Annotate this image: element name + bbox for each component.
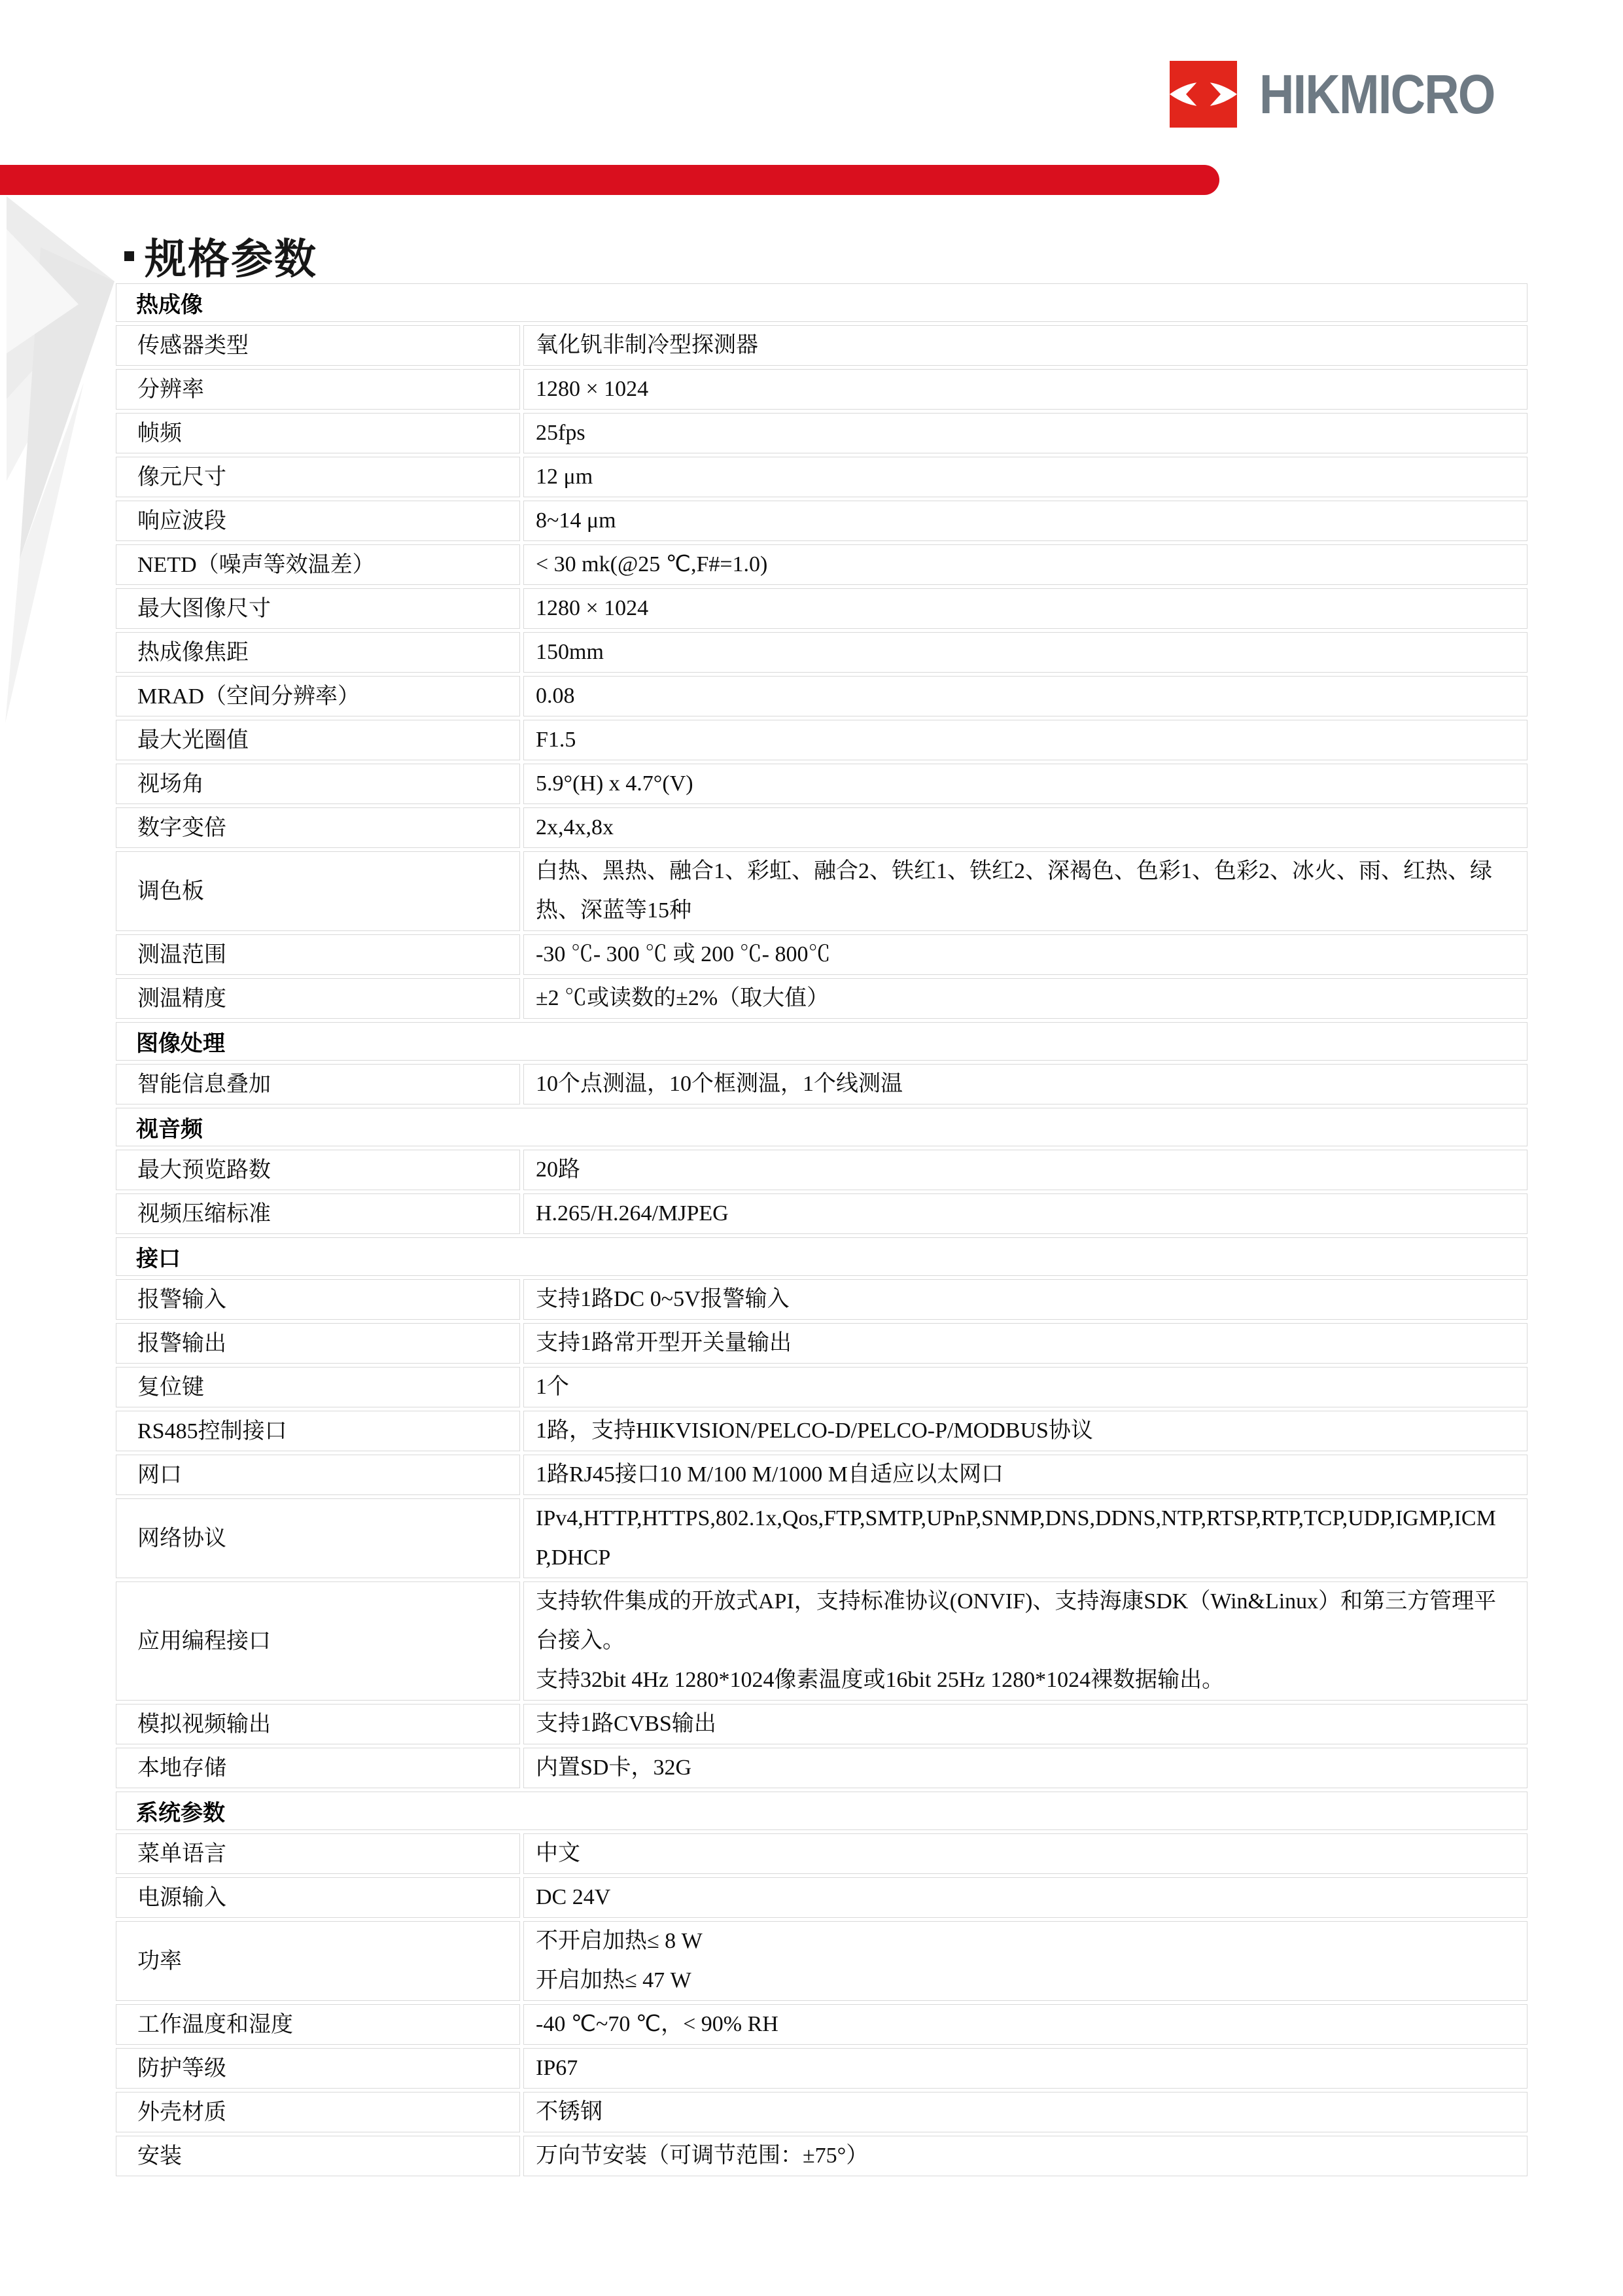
row-label: 网口 [116, 1455, 520, 1495]
row-label: 功率 [116, 1921, 520, 2001]
table-row: 测温范围-30 ℃- 300 ℃ 或 200 ℃- 800℃ [116, 934, 1527, 975]
row-label: 工作温度和湿度 [116, 2004, 520, 2045]
row-label: 应用编程接口 [116, 1581, 520, 1701]
table-row: 本地存储内置SD卡，32G [116, 1748, 1527, 1788]
row-value: 万向节安装（可调节范围：±75°） [523, 2136, 1527, 2176]
row-value: 1路，支持HIKVISION/PELCO-D/PELCO-P/MODBUS协议 [523, 1411, 1527, 1451]
table-row: 热成像焦距150mm [116, 632, 1527, 673]
row-value: IP67 [523, 2048, 1527, 2089]
table-row: 复位键1个 [116, 1367, 1527, 1407]
row-value: 支持软件集成的开放式API，支持标准协议(ONVIF)、支持海康SDK（Win&… [523, 1581, 1527, 1701]
row-label: 视场角 [116, 764, 520, 804]
row-label: 传感器类型 [116, 325, 520, 366]
table-row: 报警输入支持1路DC 0~5V报警输入 [116, 1279, 1527, 1320]
row-value: < 30 mk(@25 ℃,F#=1.0) [523, 544, 1527, 585]
section-row: 图像处理 [116, 1022, 1527, 1061]
row-label: 复位键 [116, 1367, 520, 1407]
title-bullet-icon [124, 251, 134, 261]
row-value: 不开启加热≤ 8 W 开启加热≤ 47 W [523, 1921, 1527, 2001]
table-row: 报警输出支持1路常开型开关量输出 [116, 1323, 1527, 1364]
page-title: 规格参数 [124, 226, 317, 286]
table-row: 最大图像尺寸1280 × 1024 [116, 588, 1527, 629]
table-row: 电源输入DC 24V [116, 1877, 1527, 1918]
row-label: 帧频 [116, 413, 520, 453]
table-row: 功率不开启加热≤ 8 W 开启加热≤ 47 W [116, 1921, 1527, 2001]
table-row: 智能信息叠加10个点测温，10个框测温，1个线测温 [116, 1064, 1527, 1104]
row-value: 中文 [523, 1833, 1527, 1874]
row-value: 白热、黑热、融合1、彩虹、融合2、铁红1、铁红2、深褐色、色彩1、色彩2、冰火、… [523, 851, 1527, 931]
datasheet-page: HIKMICRO 规格参数 热成像传感器类型氧化钒非制冷型探测器分辨率1280 … [0, 0, 1623, 2296]
row-value: ±2 ℃或读数的±2%（取大值） [523, 978, 1527, 1019]
section-header: 系统参数 [116, 1792, 1527, 1830]
row-label: RS485控制接口 [116, 1411, 520, 1451]
row-label: 最大图像尺寸 [116, 588, 520, 629]
row-label: 外壳材质 [116, 2092, 520, 2132]
row-value: 氧化钒非制冷型探测器 [523, 325, 1527, 366]
row-value: 8~14 μm [523, 501, 1527, 541]
table-row: RS485控制接口1路，支持HIKVISION/PELCO-D/PELCO-P/… [116, 1411, 1527, 1451]
table-row: 调色板白热、黑热、融合1、彩虹、融合2、铁红1、铁红2、深褐色、色彩1、色彩2、… [116, 851, 1527, 931]
row-value: 支持1路常开型开关量输出 [523, 1323, 1527, 1364]
row-value: 支持1路DC 0~5V报警输入 [523, 1279, 1527, 1320]
section-row: 热成像 [116, 283, 1527, 322]
row-value: IPv4,HTTP,HTTPS,802.1x,Qos,FTP,SMTP,UPnP… [523, 1498, 1527, 1578]
table-row: 最大光圈值F1.5 [116, 720, 1527, 760]
row-label: 报警输入 [116, 1279, 520, 1320]
row-value: DC 24V [523, 1877, 1527, 1918]
row-value: 10个点测温，10个框测温，1个线测温 [523, 1064, 1527, 1104]
section-header: 视音频 [116, 1108, 1527, 1146]
table-row: 应用编程接口支持软件集成的开放式API，支持标准协议(ONVIF)、支持海康SD… [116, 1581, 1527, 1701]
spec-table: 热成像传感器类型氧化钒非制冷型探测器分辨率1280 × 1024帧频25fps像… [113, 280, 1531, 2180]
row-value: 5.9°(H) x 4.7°(V) [523, 764, 1527, 804]
table-row: 响应波段8~14 μm [116, 501, 1527, 541]
row-value: 20路 [523, 1150, 1527, 1190]
section-header: 图像处理 [116, 1022, 1527, 1061]
row-label: 分辨率 [116, 369, 520, 410]
row-value: 12 μm [523, 457, 1527, 497]
row-value: 1路RJ45接口10 M/100 M/1000 M自适应以太网口 [523, 1455, 1527, 1495]
section-header: 接口 [116, 1237, 1527, 1276]
table-row: NETD（噪声等效温差）< 30 mk(@25 ℃,F#=1.0) [116, 544, 1527, 585]
row-label: 智能信息叠加 [116, 1064, 520, 1104]
row-value: 0.08 [523, 676, 1527, 716]
section-row: 视音频 [116, 1108, 1527, 1146]
brand-wordmark: HIKMICRO [1259, 61, 1495, 128]
table-row: 数字变倍2x,4x,8x [116, 807, 1527, 848]
table-row: 安装万向节安装（可调节范围：±75°） [116, 2136, 1527, 2176]
row-value: 1280 × 1024 [523, 369, 1527, 410]
table-row: 外壳材质不锈钢 [116, 2092, 1527, 2132]
row-value: 不锈钢 [523, 2092, 1527, 2132]
row-label: 视频压缩标准 [116, 1193, 520, 1234]
page-title-text: 规格参数 [145, 226, 317, 286]
table-row: 最大预览路数20路 [116, 1150, 1527, 1190]
row-label: 模拟视频输出 [116, 1704, 520, 1744]
row-value: -40 ℃~70 ℃，< 90% RH [523, 2004, 1527, 2045]
row-label: MRAD（空间分辨率） [116, 676, 520, 716]
table-row: 防护等级IP67 [116, 2048, 1527, 2089]
row-label: 热成像焦距 [116, 632, 520, 673]
row-value: 1280 × 1024 [523, 588, 1527, 629]
table-row: 像元尺寸12 μm [116, 457, 1527, 497]
row-label: 测温范围 [116, 934, 520, 975]
hikmicro-eye-icon [1170, 61, 1237, 128]
section-row: 系统参数 [116, 1792, 1527, 1830]
table-row: MRAD（空间分辨率）0.08 [116, 676, 1527, 716]
table-row: 工作温度和湿度-40 ℃~70 ℃，< 90% RH [116, 2004, 1527, 2045]
row-label: 报警输出 [116, 1323, 520, 1364]
row-value: -30 ℃- 300 ℃ 或 200 ℃- 800℃ [523, 934, 1527, 975]
table-row: 网口1路RJ45接口10 M/100 M/1000 M自适应以太网口 [116, 1455, 1527, 1495]
table-row: 视场角5.9°(H) x 4.7°(V) [116, 764, 1527, 804]
table-row: 传感器类型氧化钒非制冷型探测器 [116, 325, 1527, 366]
row-value: 25fps [523, 413, 1527, 453]
table-row: 网络协议IPv4,HTTP,HTTPS,802.1x,Qos,FTP,SMTP,… [116, 1498, 1527, 1578]
table-row: 菜单语言中文 [116, 1833, 1527, 1874]
row-label: 测温精度 [116, 978, 520, 1019]
table-row: 帧频25fps [116, 413, 1527, 453]
row-value: H.265/H.264/MJPEG [523, 1193, 1527, 1234]
row-value: 150mm [523, 632, 1527, 673]
row-value: F1.5 [523, 720, 1527, 760]
row-label: 本地存储 [116, 1748, 520, 1788]
row-label: 响应波段 [116, 501, 520, 541]
row-label: 调色板 [116, 851, 520, 931]
row-value: 2x,4x,8x [523, 807, 1527, 848]
row-label: 安装 [116, 2136, 520, 2176]
row-label: NETD（噪声等效温差） [116, 544, 520, 585]
table-row: 测温精度±2 ℃或读数的±2%（取大值） [116, 978, 1527, 1019]
table-row: 模拟视频输出支持1路CVBS输出 [116, 1704, 1527, 1744]
row-label: 防护等级 [116, 2048, 520, 2089]
row-value: 内置SD卡，32G [523, 1748, 1527, 1788]
row-label: 数字变倍 [116, 807, 520, 848]
row-label: 最大光圈值 [116, 720, 520, 760]
row-label: 网络协议 [116, 1498, 520, 1578]
section-row: 接口 [116, 1237, 1527, 1276]
row-label: 像元尺寸 [116, 457, 520, 497]
row-label: 菜单语言 [116, 1833, 520, 1874]
section-header: 热成像 [116, 283, 1527, 322]
table-row: 视频压缩标准H.265/H.264/MJPEG [116, 1193, 1527, 1234]
row-label: 电源输入 [116, 1877, 520, 1918]
row-label: 最大预览路数 [116, 1150, 520, 1190]
row-value: 支持1路CVBS输出 [523, 1704, 1527, 1744]
brand-logo: HIKMICRO [1170, 61, 1527, 128]
row-value: 1个 [523, 1367, 1527, 1407]
table-row: 分辨率1280 × 1024 [116, 369, 1527, 410]
